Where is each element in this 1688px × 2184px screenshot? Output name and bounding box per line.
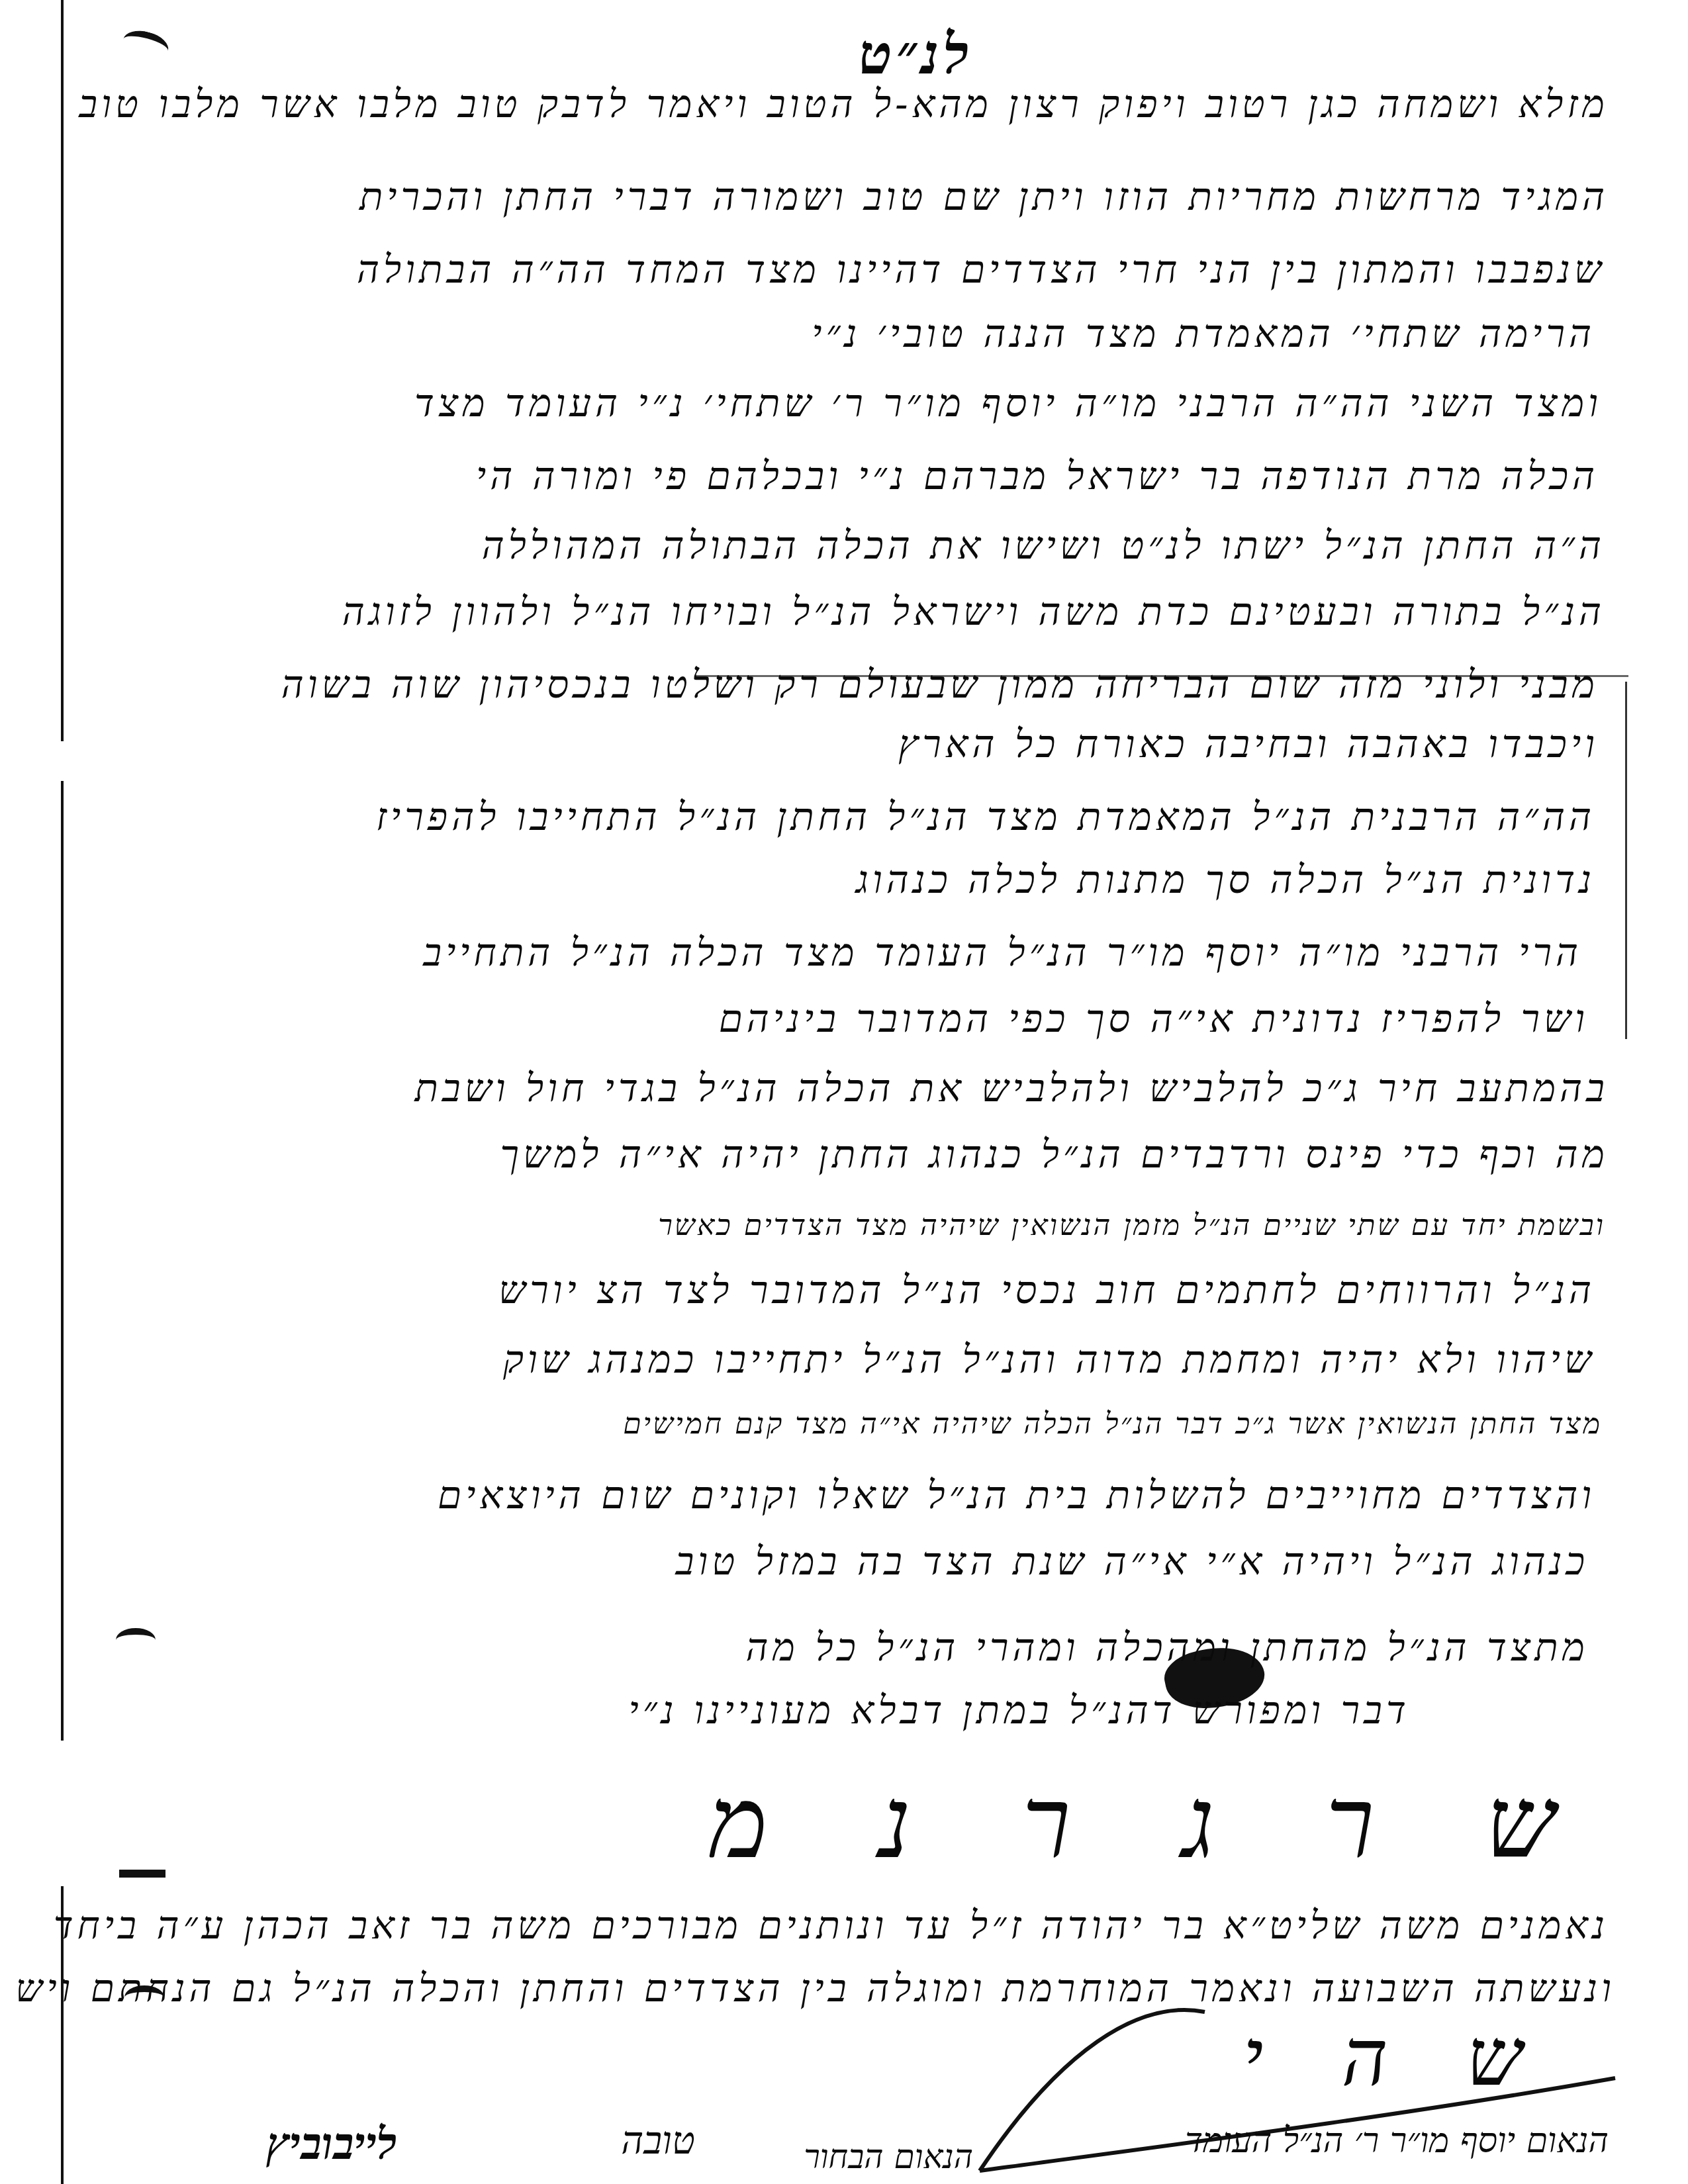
signature-right-main: ש ה י bbox=[1243, 2012, 1549, 2104]
margin-mark bbox=[116, 1628, 156, 1652]
text-line: כנהוג הנ״ל ויהיה א״י אי״ה שנת הצד בה במז… bbox=[676, 1542, 1589, 1580]
text-line: מצד החתן הנשואין אשר ג״כ דבר הנ״ל הכלה ש… bbox=[623, 1410, 1602, 1439]
signature-center: הנאום הבחור bbox=[804, 2138, 973, 2176]
margin-mark bbox=[120, 26, 171, 64]
text-line: ויכבדו באהבה ובחיבה כאורח כל הארץ bbox=[898, 725, 1599, 763]
text-line: מה וכף כדי פינס ורדבדים הנ״ל כנהוג החתן … bbox=[500, 1135, 1609, 1173]
text-line: והצדדים מחוייבים להשלות בית הנ״ל שאלו וק… bbox=[438, 1476, 1595, 1514]
text-line: מתצד הנ״ל מהחתן ומהכלה ומהרי הנ״ל כל מה bbox=[746, 1628, 1589, 1666]
text-line: ה״ה החתן הנ״ל ישתו לנ״ט ושישו את הכלה הב… bbox=[482, 526, 1605, 565]
text-line: המגיד מרחשות מחריות הוזו ויתן שם טוב ושמ… bbox=[359, 177, 1609, 216]
left-border-gap bbox=[58, 1741, 66, 1886]
attestation-line: נאמנים משה שליט״א בר יהודה ז״ל עד ונותני… bbox=[54, 1906, 1609, 1944]
scanned-document-page: לנ״ט מזלא ושמחה כגן רטוב ויפוק רצון מהא-… bbox=[0, 0, 1688, 2184]
document-heading: לנ״ט bbox=[859, 26, 973, 82]
text-line: ובשמת יחד עם שתי שניים הנ״ל מזמן הנשואין… bbox=[658, 1211, 1605, 1240]
text-line: הה״ה הרבנית הנ״ל המאמדת מצד הנ״ל החתן הנ… bbox=[376, 797, 1595, 836]
text-line: הרימה שתחי׳ המאמדת מצד הננה טובי׳ נ״י bbox=[812, 314, 1595, 353]
text-line: הנ״ל והרווחים לחתמים חוב נכסי הנ״ל המדוב… bbox=[498, 1271, 1595, 1309]
text-line: דבר ומפורש דהנ״ל במתן דבלא מעוניינו נ״י bbox=[629, 1691, 1410, 1729]
left-border-gap bbox=[58, 741, 66, 781]
closing-large-letters: ש ר ג ר נ מ bbox=[709, 1774, 1595, 1873]
text-line: שנפבבו והמתון בין הני חרי הצדדים דהיינו … bbox=[357, 250, 1605, 289]
text-line: מזלא ושמחה כגן רטוב ויפוק רצון מהא-ל הטו… bbox=[79, 85, 1609, 123]
text-line: בהמתעב חיר ג״כ להלביש ולהלביש את הכלה הנ… bbox=[414, 1069, 1609, 1107]
margin-mark bbox=[119, 1870, 165, 1878]
text-line: שיהוו ולא יהיה ומחמת מדוה והנ״ל הנ״ל יתח… bbox=[503, 1340, 1595, 1379]
signature-right-label: הנאום יוסף מו״ר ר׳ הנ״ל העומד bbox=[1185, 2121, 1609, 2161]
signature-left-name: לייבוביץ bbox=[266, 2118, 397, 2170]
text-line: הכלה מרת הנודפה בר ישראל מברהם נ״י ובכלה… bbox=[476, 457, 1599, 495]
text-line: הנ״ל בתורה ובעטינם כדת משה וישראל הנ״ל ו… bbox=[342, 592, 1605, 631]
text-line: הרי הרבני מו״ה יוסף מו״ר הנ״ל העומד מצד … bbox=[423, 933, 1582, 972]
signature-left-label: טובה bbox=[621, 2118, 695, 2163]
text-line: ושר להפריז נדונית אי״ה סך כפי המדובר בינ… bbox=[719, 999, 1589, 1038]
box-right-rule bbox=[1625, 682, 1627, 1039]
text-line: ומצד השני הה״ה הרבני מו״ה יוסף מו״ר ר׳ ש… bbox=[414, 384, 1602, 422]
text-line: מבני ולוני מזה שום הבריחה ממון שבעולם רק… bbox=[281, 665, 1599, 704]
text-line: נדונית הנ״ל הכלה סך מתנות לכלה כנהוג bbox=[856, 860, 1595, 899]
